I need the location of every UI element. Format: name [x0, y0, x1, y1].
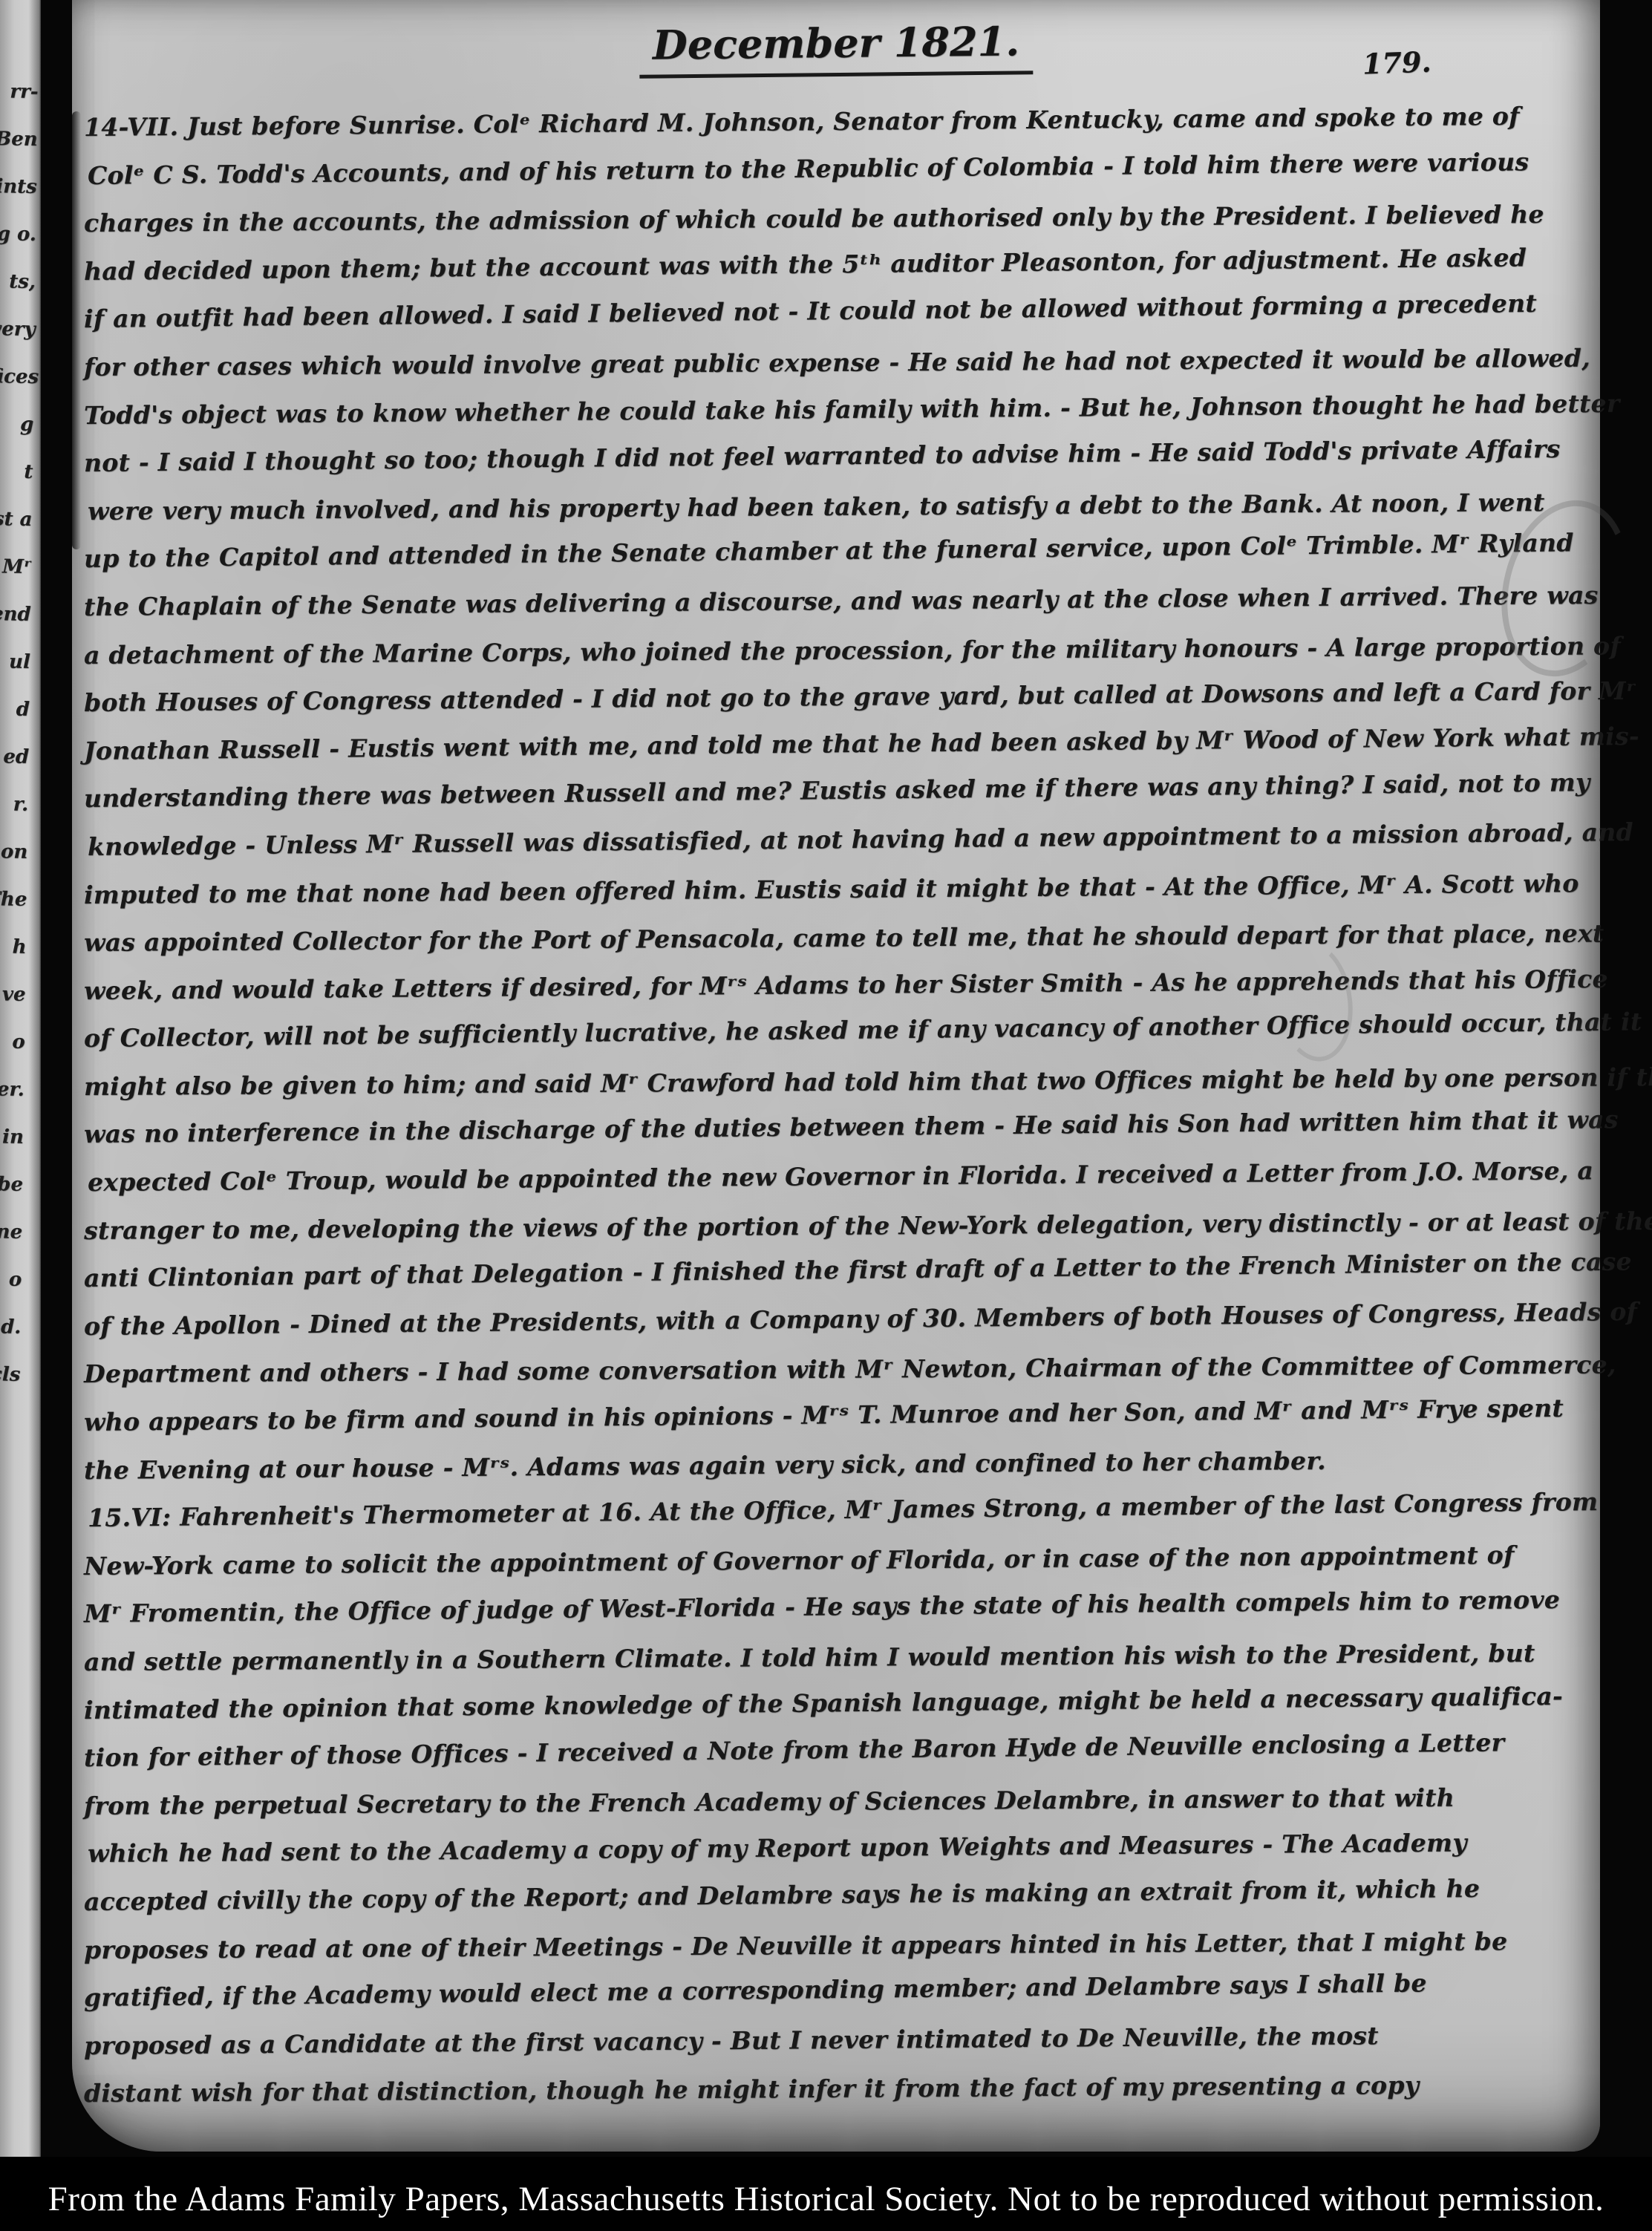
facing-page-fragment: be: [0, 1160, 23, 1209]
facing-page-fragment: o: [0, 1255, 22, 1304]
facing-page-fragment: The: [0, 875, 27, 924]
facing-page-fragment: ul: [0, 638, 30, 686]
facing-page-fragment: st a: [0, 495, 33, 543]
facing-page-fragment: h: [0, 923, 27, 971]
facing-page-fragment: rr-: [0, 68, 39, 116]
facing-page-fragment: cls: [0, 1350, 21, 1399]
facing-page-fragment: o: [0, 1018, 25, 1066]
facing-page-fragment: ts,: [0, 258, 36, 306]
manuscript-line: distant wish for that distinction, thoug…: [84, 2061, 1594, 2118]
facing-page-text-fragments: rr-Benintsg o.ts,veryficesgtst aMʳenduld…: [0, 68, 39, 1399]
binding-crease-shadow: [72, 111, 81, 549]
facing-page-fragment: ints: [0, 163, 37, 211]
page-number: 179.: [1362, 45, 1431, 80]
facing-page-edge: rr-Benintsg o.ts,veryficesgtst aMʳenduld…: [0, 0, 41, 2164]
manuscript-body: 14-VII. Just before Sunrise. Colᵉ Richar…: [84, 104, 1594, 2118]
facing-page-fragment: very: [0, 305, 36, 353]
manuscript-page: December 1821. 179. 14-VII. Just before …: [72, 0, 1600, 2152]
facing-page-fragment: ed: [0, 733, 29, 781]
facing-page-fragment: g: [0, 400, 34, 448]
facing-page-fragment: in: [0, 1113, 24, 1161]
facing-page-fragment: r.: [0, 780, 29, 829]
facing-page-fragment: on: [0, 828, 28, 876]
footer-caption: From the Adams Family Papers, Massachuse…: [0, 2179, 1652, 2219]
footer-band: From the Adams Family Papers, Massachuse…: [0, 2157, 1652, 2231]
facing-page-fragment: Ben: [0, 115, 38, 163]
facing-page-fragment: fices: [0, 353, 35, 401]
facing-page-fragment: g o.: [0, 210, 36, 258]
page-title: December 1821.: [639, 17, 1034, 79]
facing-page-fragment: end: [0, 590, 31, 638]
facing-page-fragment: ve: [0, 970, 26, 1019]
facing-page-fragment: Mʳ: [0, 543, 32, 591]
facing-page-fragment: er.: [0, 1065, 25, 1114]
facing-page-fragment: d.: [0, 1303, 22, 1351]
facing-page-fragment: t: [0, 448, 33, 496]
facing-page-fragment: one: [0, 1208, 23, 1256]
facing-page-fragment: d: [0, 685, 30, 734]
